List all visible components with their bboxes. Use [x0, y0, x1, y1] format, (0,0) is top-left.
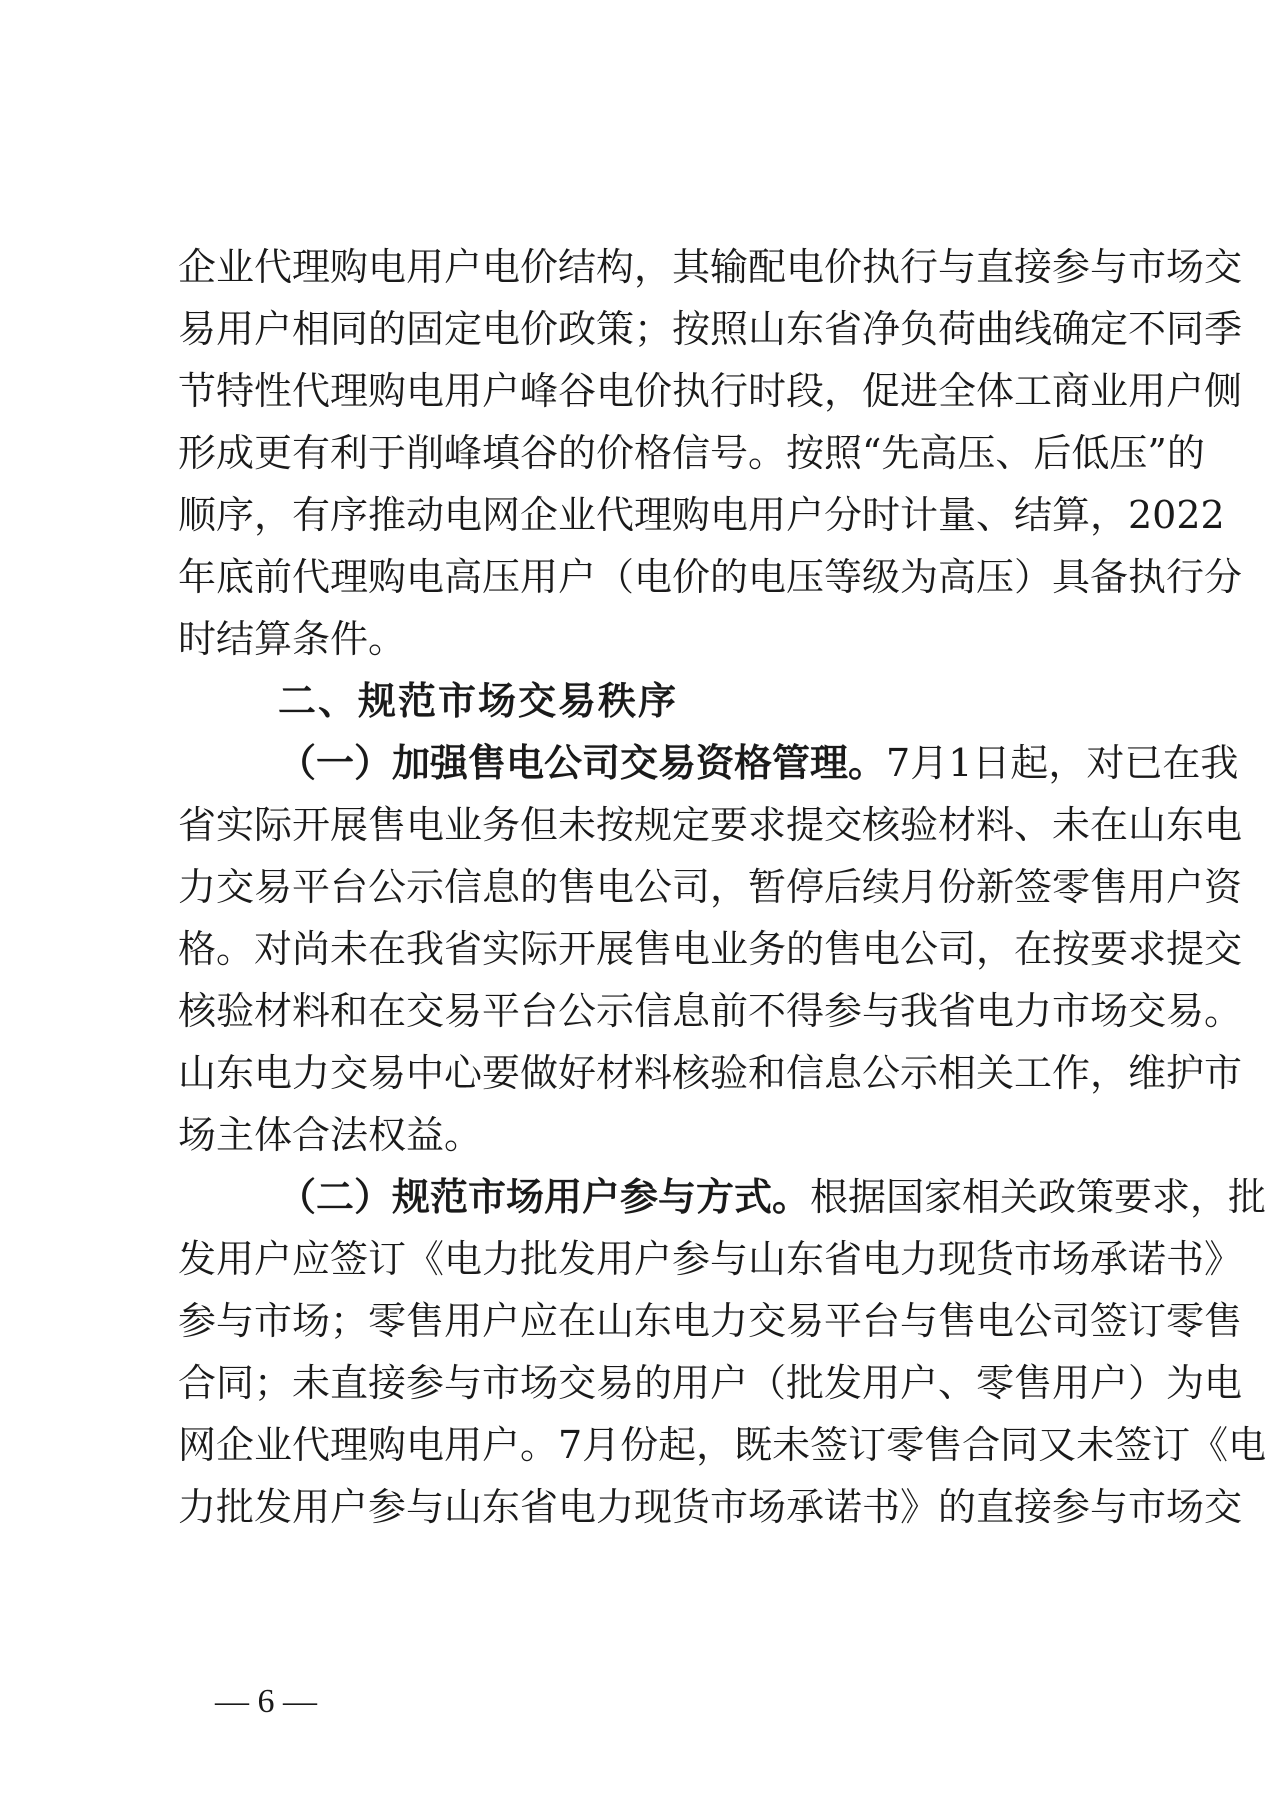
- body-line: 年底前代理购电高压用户（电价的电压等级为高压）具备执行分: [178, 546, 1138, 608]
- document-page: 企业代理购电用户电价结构，其输配电价执行与直接参与市场交 易用户相同的固定电价政…: [0, 0, 1280, 1810]
- subsection-title: （二）规范市场用户参与方式。: [278, 1174, 810, 1219]
- body-line: 易用户相同的固定电价政策；按照山东省净负荷曲线确定不同季: [178, 298, 1138, 360]
- body-line: 力交易平台公示信息的售电公司，暂停后续月份新签零售用户资: [178, 856, 1138, 918]
- section-heading: 二、规范市场交易秩序: [278, 670, 1138, 732]
- body-line: 网企业代理购电用户。7月份起，既未签订零售合同又未签订《电: [178, 1414, 1138, 1476]
- body-line: 参与市场；零售用户应在山东电力交易平台与售电公司签订零售: [178, 1290, 1138, 1352]
- body-line: 发用户应签订《电力批发用户参与山东省电力现货市场承诺书》: [178, 1228, 1138, 1290]
- subsection-first-line: （二）规范市场用户参与方式。根据国家相关政策要求，批: [278, 1166, 1138, 1228]
- body-line: 省实际开展售电业务但未按规定要求提交核验材料、未在山东电: [178, 794, 1138, 856]
- body-line: 力批发用户参与山东省电力现货市场承诺书》的直接参与市场交: [178, 1476, 1138, 1538]
- body-line: 合同；未直接参与市场交易的用户（批发用户、零售用户）为电: [178, 1352, 1138, 1414]
- subsection-title: （一）加强售电公司交易资格管理。: [278, 740, 886, 785]
- body-text: 7月1日起，对已在我: [886, 741, 1238, 785]
- body-line: 格。对尚未在我省实际开展售电业务的售电公司，在按要求提交: [178, 918, 1138, 980]
- subsection-first-line: （一）加强售电公司交易资格管理。7月1日起，对已在我: [278, 732, 1138, 794]
- body-line: 顺序，有序推动电网企业代理购电用户分时计量、结算，2022: [178, 484, 1138, 546]
- page-number: — 6 —: [215, 1682, 317, 1722]
- body-line: 形成更有利于削峰填谷的价格信号。按照“先高压、后低压”的: [178, 422, 1138, 484]
- body-line: 核验材料和在交易平台公示信息前不得参与我省电力市场交易。: [178, 980, 1138, 1042]
- body-line: 企业代理购电用户电价结构，其输配电价执行与直接参与市场交: [178, 236, 1138, 298]
- body-text: 根据国家相关政策要求，批: [810, 1175, 1266, 1219]
- body-line: 山东电力交易中心要做好材料核验和信息公示相关工作，维护市: [178, 1042, 1138, 1104]
- body-line: 场主体合法权益。: [178, 1104, 1138, 1166]
- body-line: 时结算条件。: [178, 608, 1138, 670]
- body-line: 节特性代理购电用户峰谷电价执行时段，促进全体工商业用户侧: [178, 360, 1138, 422]
